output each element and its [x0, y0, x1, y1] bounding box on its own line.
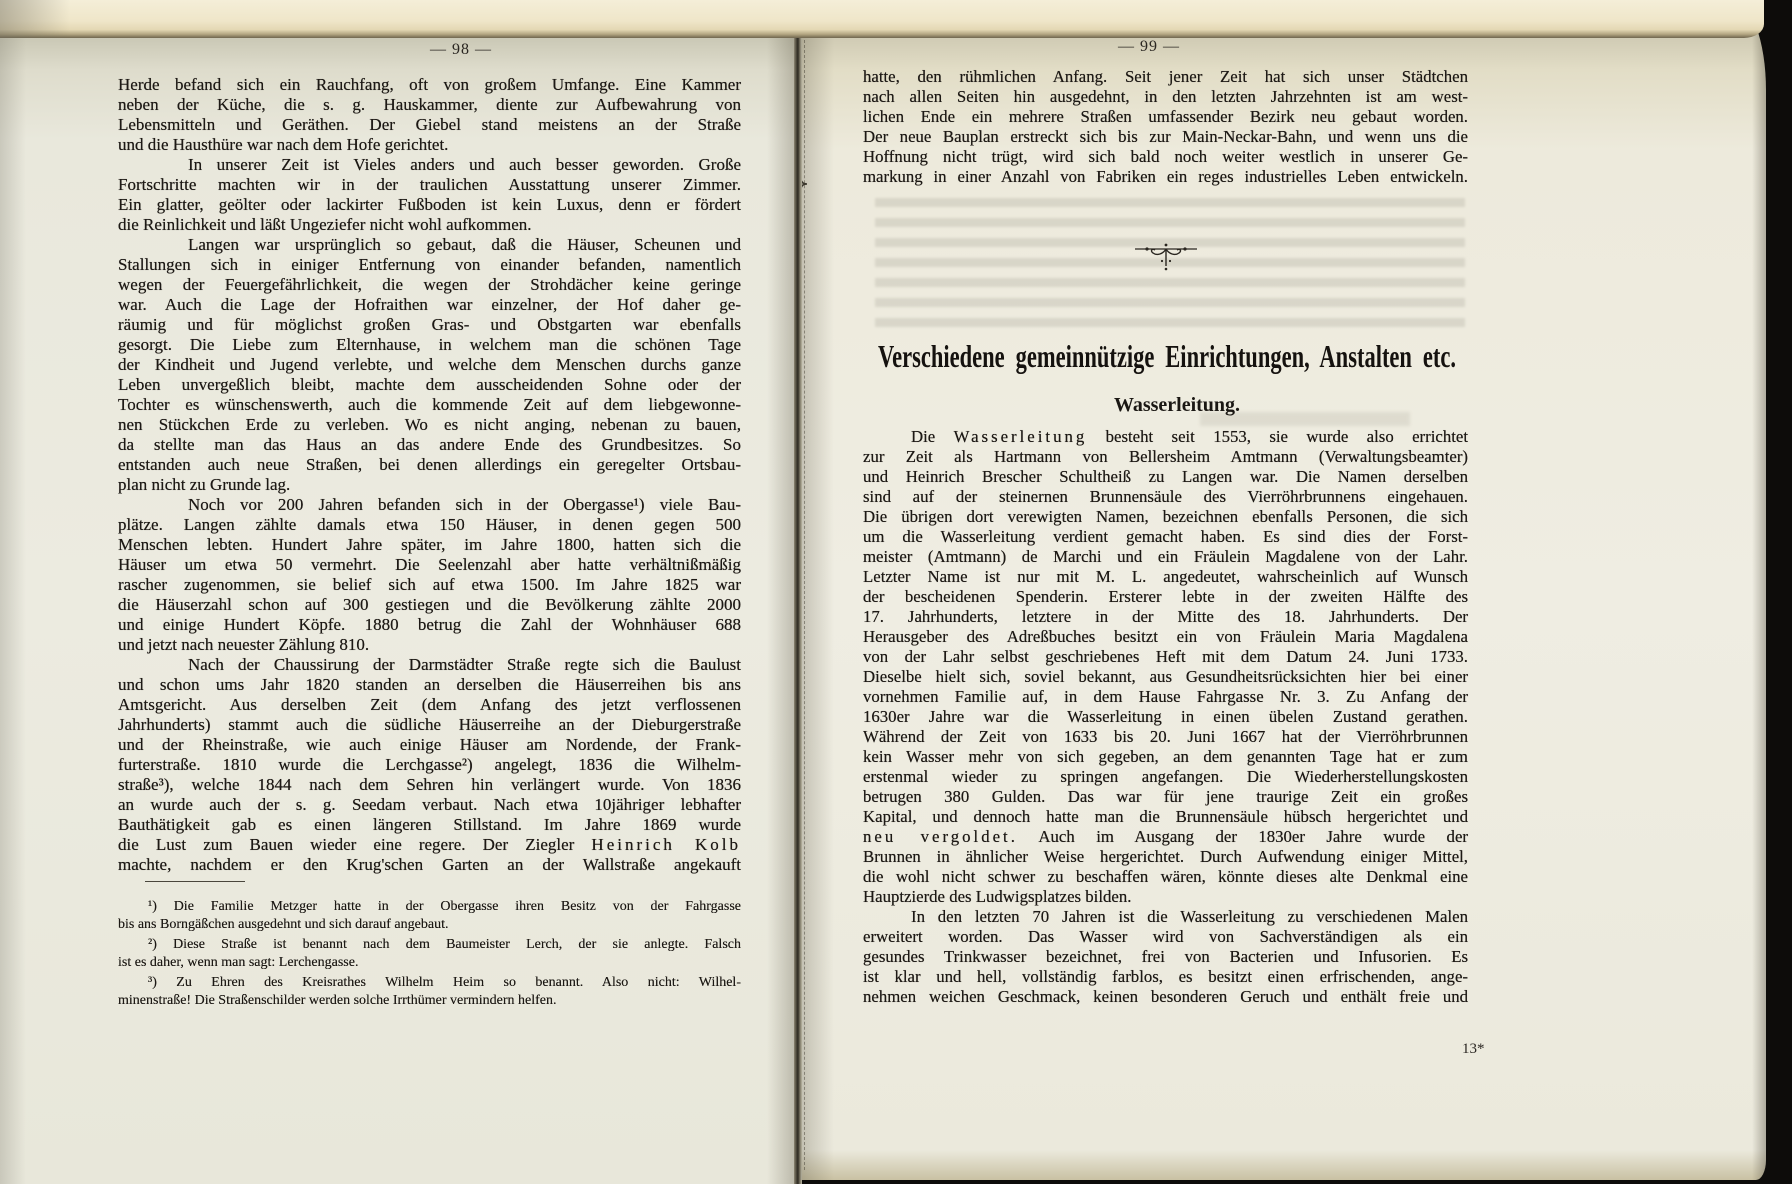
- text-line: gesorgt. Die Liebe zum Elternhause, in w…: [118, 335, 741, 355]
- text-line: räumig und für möglichst großen Gras- un…: [118, 315, 741, 335]
- footnote-divider: [145, 881, 245, 882]
- fleuron-ornament-icon: [1133, 242, 1199, 272]
- gutter-guide-line: [804, 40, 805, 1170]
- text-line: Langen war ursprünglich so gebaut, daß d…: [118, 235, 741, 255]
- text-line: der bescheidenen Spenderin. Ersterer leb…: [863, 587, 1468, 607]
- right-page-continuation: hatte, den rühmlichen Anfang. Seit jener…: [863, 67, 1468, 187]
- page-number: — 98 —: [430, 40, 492, 60]
- text-line: erstenmal wieder zu springen angefangen.…: [863, 767, 1468, 787]
- spaced-emphasis: Wasserleitung: [954, 427, 1088, 446]
- text-line: die Häuserzahl schon auf 300 gestiegen u…: [118, 595, 741, 615]
- text-line: Die übrigen dort verewigten Namen, bezei…: [863, 507, 1468, 527]
- text-line: und die Hausthüre war nach dem Hofe geri…: [118, 135, 741, 155]
- text-line: Häuser um etwa 50 vermehrt. Die Seelenza…: [118, 555, 741, 575]
- text-line: nen Stückchen Erde zu verleben. Wo es ni…: [118, 415, 741, 435]
- text-line: Letzter Name ist nur mit M. L. angedeute…: [863, 567, 1468, 587]
- text-line: Noch vor 200 Jahren befanden sich in der…: [118, 495, 741, 515]
- text-line: der Kindheit und Jugend verlebte, und we…: [118, 355, 741, 375]
- text-segment: Auch im Ausgang der 1830er Jahre wurde d…: [1018, 827, 1468, 846]
- previous-page-curl: [0, 0, 1764, 38]
- text-line: Fortschritte machten wir in der traulich…: [118, 175, 741, 195]
- text-line: plätze. Langen zählte damals etwa 150 Hä…: [118, 515, 741, 535]
- text-line: Hoffnung nicht trügt, wird sich bald noc…: [863, 147, 1468, 167]
- text-line: Die Wasserleitung besteht seit 1553, sie…: [863, 427, 1468, 447]
- section-heading: Verschiedene gemeinnützige Einrichtungen…: [878, 335, 1456, 380]
- text-line: Herde befand sich ein Rauchfang, oft von…: [118, 75, 741, 95]
- footnotes: ¹) Die Familie Metzger hatte in der Ober…: [118, 896, 741, 1010]
- text-segment: besteht seit 1553, sie wurde also errich…: [1087, 427, 1468, 446]
- text-segment: Die: [911, 427, 954, 446]
- text-line: die Reinlichkeit und läßt Ungeziefer nic…: [118, 215, 741, 235]
- text-line: und der Rheinstraße, wie auch einige Häu…: [118, 735, 741, 755]
- text-line: Hauptzierde des Ludwigsplatzes bilden.: [863, 887, 1468, 907]
- footnote-1: ¹) Die Familie Metzger hatte in der Ober…: [118, 898, 741, 916]
- page-number: — 99 —: [1118, 37, 1180, 57]
- text-line: meister (Amtmann) de Marchi und ein Fräu…: [863, 547, 1468, 567]
- left-page: — 98 — Herde befand sich ein Rauchfang, …: [0, 0, 797, 1184]
- text-line: Bauthätigkeit gab es einen längeren Stil…: [118, 815, 741, 835]
- footnote-2: ²) Diese Straße ist benannt nach dem Bau…: [118, 936, 741, 954]
- text-line: Dieselbe hielt sich, soviel bekannt, aus…: [863, 667, 1468, 687]
- text-line: Amtsgericht. Aus derselben Zeit (dem Anf…: [118, 695, 741, 715]
- footnote-3: ³) Zu Ehren des Kreisrathes Wilhelm Heim…: [118, 974, 741, 992]
- text-line: zur Zeit als Hartmann von Bellersheim Am…: [863, 447, 1468, 467]
- text-line: da stellte man das Haus an das andere En…: [118, 435, 741, 455]
- text-line: kein Wasser mehr von sich gegeben, an de…: [863, 747, 1468, 767]
- text-line: Lebensmitteln und Geräthen. Der Giebel s…: [118, 115, 741, 135]
- text-segment: die Lust zum Bauen wieder eine regere. D…: [118, 835, 591, 854]
- text-line: Stallungen sich in einiger Entfernung vo…: [118, 255, 741, 275]
- text-line: und schon ums Jahr 1820 standen an derse…: [118, 675, 741, 695]
- text-line: die wohl nicht schwer zu beschaffen wäre…: [863, 867, 1468, 887]
- text-line: ist klar und hell, vollständig farblos, …: [863, 967, 1468, 987]
- text-line: Leben unvergeßlich bleibt, machte dem au…: [118, 375, 741, 395]
- spaced-emphasis: neu vergoldet.: [863, 827, 1018, 846]
- spaced-emphasis: Heinrich Kolb: [591, 835, 741, 854]
- book-scan: — 98 — Herde befand sich ein Rauchfang, …: [0, 0, 1792, 1184]
- text-line: Menschen lebten. Hundert Jahre später, i…: [118, 535, 741, 555]
- text-line: an wurde auch der s. g. Seedam verbaut. …: [118, 795, 741, 815]
- text-line: rascher zugenommen, sie belief sich auf …: [118, 575, 741, 595]
- text-line: Während der Zeit von 1633 bis 20. Juni 1…: [863, 727, 1468, 747]
- text-line: nach allen Seiten hin ausgedehnt, in den…: [863, 87, 1468, 107]
- text-line: und Heinrich Brescher Schultheiß zu Lang…: [863, 467, 1468, 487]
- text-line: betrugen 380 Gulden. Das war für jene tr…: [863, 787, 1468, 807]
- book-gutter: [794, 30, 802, 1184]
- text-line: plan nicht zu Grunde lag.: [118, 475, 741, 495]
- text-line: In den letzten 70 Jahren ist die Wasserl…: [863, 907, 1468, 927]
- text-line: Herausgeber des Adreßbuches besitzt ein …: [863, 627, 1468, 647]
- text-line: Tochter es wünschenswerth, auch die komm…: [118, 395, 741, 415]
- right-page-body: Die Wasserleitung besteht seit 1553, sie…: [863, 427, 1468, 1007]
- text-line: Nach der Chaussirung der Darmstädter Str…: [118, 655, 741, 675]
- text-line: furterstraße. 1810 wurde die Lerchgasse²…: [118, 755, 741, 775]
- text-line: erweitert worden. Das Wasser wird von Sa…: [863, 927, 1468, 947]
- text-line: war. Auch die Lage der Hofraithen war ei…: [118, 295, 741, 315]
- text-line: neu vergoldet. Auch im Ausgang der 1830e…: [863, 827, 1468, 847]
- signature-mark: 13*: [1462, 1040, 1485, 1058]
- text-line: sind auf der steinernen Brunnensäule des…: [863, 487, 1468, 507]
- text-line: 17. Jahrhunderts, letztere in der Mitte …: [863, 607, 1468, 627]
- text-line: hatte, den rühmlichen Anfang. Seit jener…: [863, 67, 1468, 87]
- text-line: markung in einer Anzahl von Fabriken ein…: [863, 167, 1468, 187]
- text-line: von der Lahr selbst geschriebenes Heft m…: [863, 647, 1468, 667]
- text-line: Kapital, und dennoch hatte man die Brunn…: [863, 807, 1468, 827]
- text-line: neben der Küche, die s. g. Hauskammer, d…: [118, 95, 741, 115]
- subsection-heading: Wasserleitung.: [1112, 392, 1242, 418]
- text-line: Brunnen in ähnlicher Weise hergerichtet.…: [863, 847, 1468, 867]
- text-line: um die Wasserleitung verdient gemacht ha…: [863, 527, 1468, 547]
- text-line: entstanden auch neue Straßen, bei denen …: [118, 455, 741, 475]
- text-line: nehmen weichen Geschmack, keinen besonde…: [863, 987, 1468, 1007]
- text-line: vornehmen Familie auf, in dem Hause Fahr…: [863, 687, 1468, 707]
- footnote-1-cont: bis ans Borngäßchen ausgedehnt und sich …: [118, 916, 741, 934]
- text-line: die Lust zum Bauen wieder eine regere. D…: [118, 835, 741, 855]
- text-line: 1630er Jahre war die Wasserleitung in ei…: [863, 707, 1468, 727]
- text-line: wegen der Feuergefährlichkeit, die wegen…: [118, 275, 741, 295]
- right-page: — 99 — hatte, den rühmlichen Anfang. Sei…: [800, 0, 1766, 1180]
- text-line: In unserer Zeit ist Vieles anders und au…: [118, 155, 741, 175]
- footnote-3-cont: minenstraße! Die Straßenschilder werden …: [118, 992, 741, 1010]
- text-line: und jetzt nach neuester Zählung 810.: [118, 635, 741, 655]
- text-line: lichen Ende ein mehrere Straßen umfassen…: [863, 107, 1468, 127]
- text-line: Ein glatter, geölter oder lackirter Fußb…: [118, 195, 741, 215]
- text-line: Jahrhunderts) stammt auch die südliche H…: [118, 715, 741, 735]
- text-line: straße³), welche 1844 nach dem Sehren hi…: [118, 775, 741, 795]
- text-line: machte, nachdem er den Krug'schen Garten…: [118, 855, 741, 875]
- left-page-body: Herde befand sich ein Rauchfang, oft von…: [118, 75, 741, 875]
- footnote-2-cont: ist es daher, wenn man sagt: Lerchengass…: [118, 954, 741, 972]
- text-line: gesundes Trinkwasser bezeichnet, frei vo…: [863, 947, 1468, 967]
- text-line: und einige Hundert Köpfe. 1880 betrug di…: [118, 615, 741, 635]
- text-line: Der neue Bauplan erstreckt sich bis zur …: [863, 127, 1468, 147]
